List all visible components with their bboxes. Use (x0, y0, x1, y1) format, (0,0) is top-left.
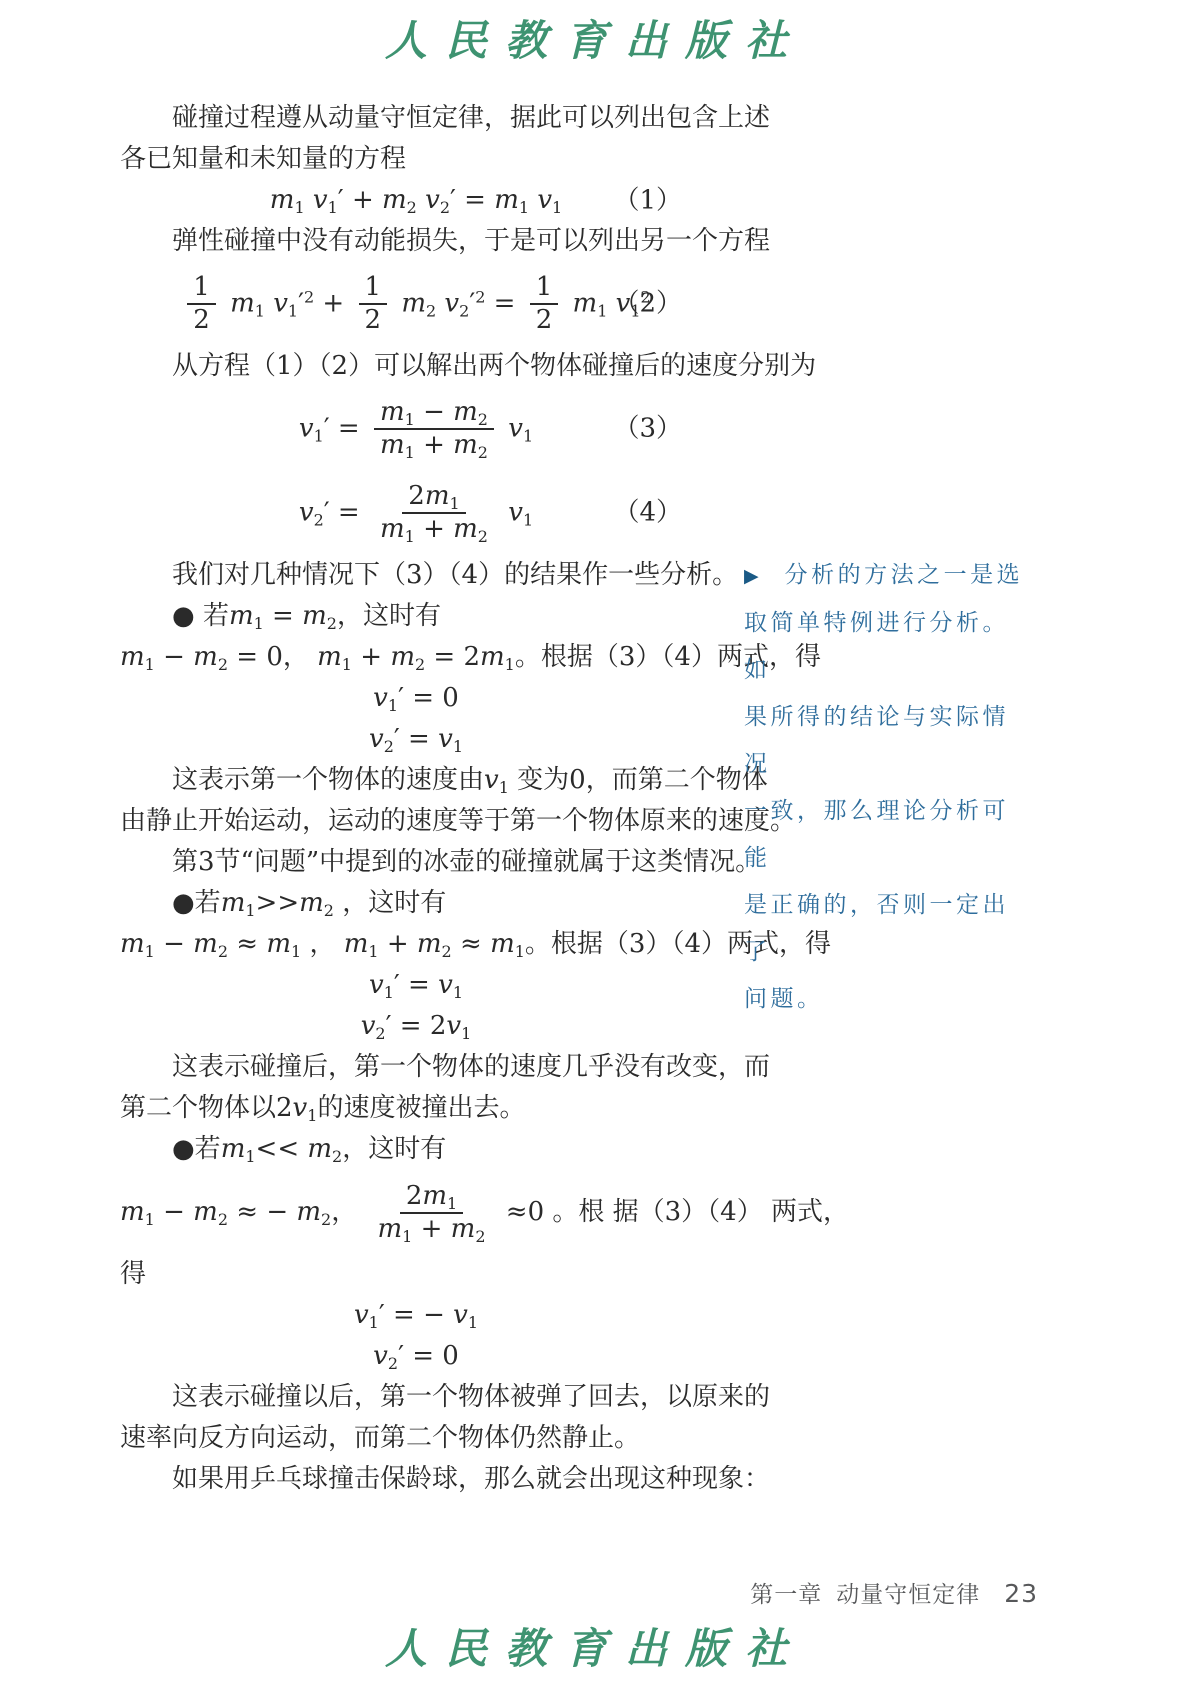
equation-v2-zero: v2′ = 0 (120, 1336, 712, 1377)
case-1-derivation: m1 − m2 = 0， m1 + m2 = 2m1。根据（3）（4）两式，得 (120, 637, 712, 678)
note-triangle-marker: ▶ (744, 553, 759, 600)
case-3-derivation: m1 − m2 ≈ − m2， 2m1m1 + m2 ≈0 。根 据（3）（4）… (120, 1170, 712, 1254)
paragraph-line: 各已知量和未知量的方程 (120, 139, 712, 180)
footer-page-number: 23 (1004, 1579, 1038, 1608)
note-line: 问题。 (744, 976, 1024, 1023)
paragraph-line: 第3节“问题”中提到的冰壶的碰撞就属于这类情况。 (120, 842, 712, 883)
equation-v1-zero: v1′ = 0 (120, 678, 712, 719)
bullet-case-3: ●若m1<< m2，这时有 (120, 1129, 712, 1170)
publisher-logo-top: 人民教育出版社 (0, 8, 1190, 68)
equation-3-number: （3） (613, 409, 682, 450)
equation-3: v1′ = m1 − m2m1 + m2 v1 （3） (120, 387, 712, 471)
paragraph-line: 如果用乒乓球撞击保龄球，那么就会出现这种现象： (120, 1459, 712, 1500)
paragraph-line: 碰撞过程遵从动量守恒定律，据此可以列出包含上述 (120, 98, 712, 139)
paragraph-line: 我们对几种情况下（3）（4）的结果作一些分析。 (120, 555, 712, 596)
note-line: 一致，那么理论分析可能 (744, 788, 1024, 882)
equation-formula: v2′ = v1 (369, 719, 463, 760)
equation-formula: v1′ = − v1 (354, 1295, 478, 1336)
footer-chapter-label: 第一章 (750, 1576, 822, 1609)
paragraph-line: 弹性碰撞中没有动能损失，于是可以列出另一个方程 (120, 221, 712, 262)
margin-note: ▶ 分析的方法之一是选 取简单特例进行分析。如 果所得的结论与实际情况 一致，那… (744, 552, 1024, 1023)
publisher-logo-text: 人民教育出版社 (385, 16, 805, 65)
equation-formula: v1′ = 0 (373, 678, 459, 719)
note-line: 果所得的结论与实际情况 (744, 694, 1024, 788)
equation-formula: v2′ = 2v1 (361, 1006, 472, 1047)
note-line: ▶ 分析的方法之一是选 (744, 552, 1024, 600)
case-2-derivation: m1 − m2 ≈ m1 ， m1 + m2 ≈ m1。根据（3）（4）两式，得 (120, 924, 712, 965)
paragraph-line: 这表示碰撞以后，第一个物体被弹了回去，以原来的 (120, 1377, 712, 1418)
equation-formula: v2′ = 0 (373, 1336, 459, 1377)
publisher-logo-bottom: 人民教育出版社 (0, 1616, 1190, 1676)
footer-chapter-title: 动量守恒定律 (836, 1576, 980, 1609)
equation-2-formula: 12 m1 v1′2 + 12 m2 v2′2 = 12 m1 v12 (181, 274, 650, 335)
equation-v1-v1: v1′ = v1 (120, 965, 712, 1006)
equation-4-formula: v2′ = 2m1m1 + m2 v1 (299, 483, 533, 544)
equation-2-number: （2） (613, 284, 682, 325)
equation-1-number: （1） (613, 180, 682, 221)
equation-4-number: （4） (613, 493, 682, 534)
equation-v1-neg-v1: v1′ = − v1 (120, 1295, 712, 1336)
equation-2: 12 m1 v1′2 + 12 m2 v2′2 = 12 m1 v12 （2） (120, 262, 712, 346)
equation-1-formula: m1 v1′ + m2 v2′ = m1 v1 (270, 180, 562, 221)
paragraph-line: 速率向反方向运动，而第二个物体仍然静止。 (120, 1418, 712, 1459)
paragraph-line: 从方程（1）（2）可以解出两个物体碰撞后的速度分别为 (120, 346, 712, 387)
equation-formula: v1′ = v1 (369, 965, 463, 1006)
equation-4: v2′ = 2m1m1 + m2 v1 （4） (120, 471, 712, 555)
equation-3-formula: v1′ = m1 − m2m1 + m2 v1 (299, 399, 533, 460)
page-footer: 第一章 动量守恒定律 23 (750, 1576, 1038, 1609)
note-line: 取简单特例进行分析。如 (744, 600, 1024, 694)
bullet-case-1: ● 若m1 = m2，这时有 (120, 596, 712, 637)
equation-v2-v1: v2′ = v1 (120, 719, 712, 760)
equation-v2-2v1: v2′ = 2v1 (120, 1006, 712, 1047)
paragraph-line: 第二个物体以2v1的速度被撞出去。 (120, 1088, 712, 1129)
note-line: 是正确的，否则一定出了 (744, 882, 1024, 976)
equation-1: m1 v1′ + m2 v2′ = m1 v1 （1） (120, 180, 712, 221)
publisher-logo-text: 人民教育出版社 (385, 1624, 805, 1673)
case-3-derivation-continued: 得 (120, 1254, 712, 1295)
paragraph-line: 这表示第一个物体的速度由v1 变为0，而第二个物体 (120, 760, 712, 801)
paragraph-line: 这表示碰撞后，第一个物体的速度几乎没有改变，而 (120, 1047, 712, 1088)
bullet-case-2: ●若m1>>m2 ，这时有 (120, 883, 712, 924)
textbook-page: 人民教育出版社 碰撞过程遵从动量守恒定律，据此可以列出包含上述 各已知量和未知量… (0, 0, 1190, 1683)
main-text-column: 碰撞过程遵从动量守恒定律，据此可以列出包含上述 各已知量和未知量的方程 m1 v… (120, 98, 712, 1500)
paragraph-line: 由静止开始运动，运动的速度等于第一个物体原来的速度。 (120, 801, 712, 842)
note-text: 分析的方法之一是选 (785, 552, 1024, 599)
